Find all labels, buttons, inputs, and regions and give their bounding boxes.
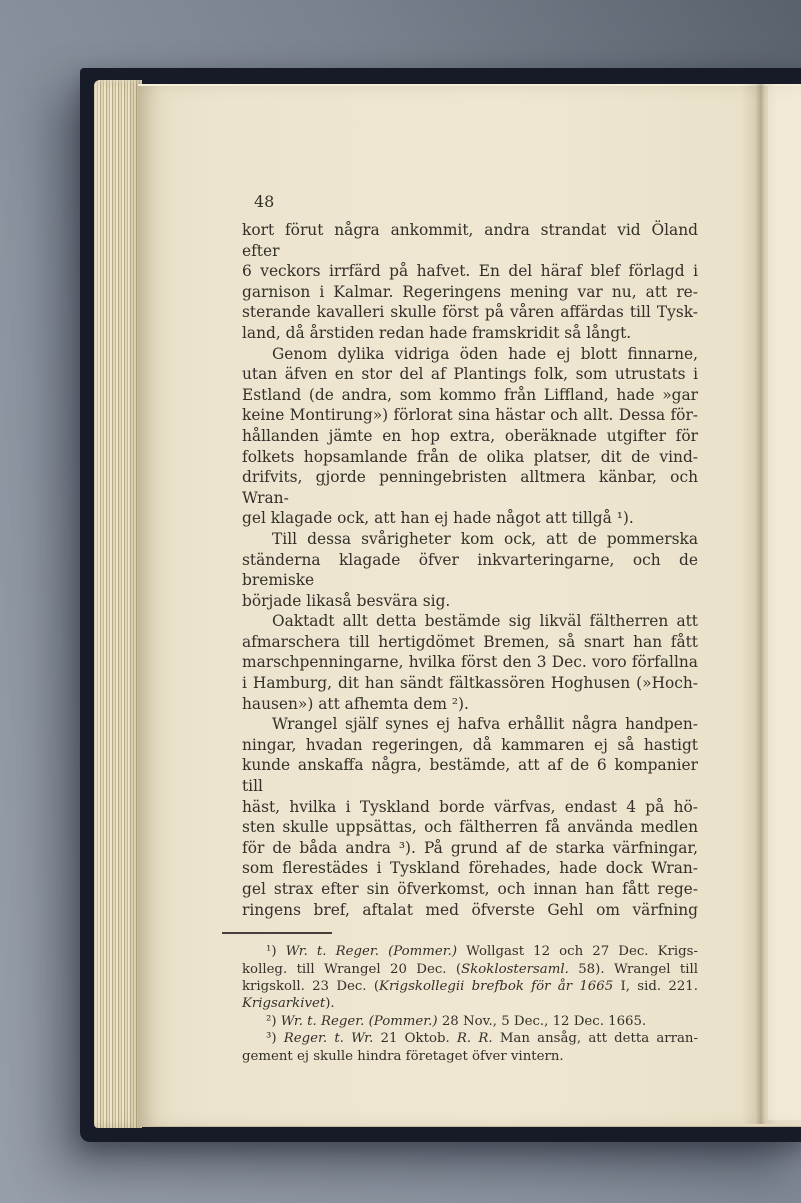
text-line: häst, hvilka i Tyskland borde värfvas, e…: [242, 797, 698, 818]
text-line: i Hamburg, dit han sändt fältkassören Ho…: [242, 673, 698, 694]
text-line: kolleg. till Wrangel 20 Dec. (Skokloster…: [242, 961, 698, 978]
text-line: drifvits, gjorde penningebristen alltmer…: [242, 467, 698, 508]
text-line: marschpenningarne, hvilka först den 3 De…: [242, 652, 698, 673]
text-line: för de båda andra ³). På grund af de sta…: [242, 838, 698, 859]
paragraph: Wrangel själf synes ej hafva erhållit nå…: [242, 714, 698, 920]
text-line: Krigsarkivet).: [242, 995, 698, 1012]
page-edge-stack: [94, 80, 142, 1128]
text-line: land, då årstiden redan hade framskridit…: [242, 323, 698, 344]
text-line: sterande kavalleri skulle först på våren…: [242, 302, 698, 323]
page-number: 48: [242, 192, 698, 212]
paragraph: Oaktadt allt detta bestämde sig likväl f…: [242, 611, 698, 714]
text-line: Oaktadt allt detta bestämde sig likväl f…: [242, 611, 698, 632]
text-line: började likaså besvära sig.: [242, 591, 698, 612]
text-line: hausen») att afhemta dem ²).: [242, 694, 698, 715]
text-line: kort förut några ankommit, andra stranda…: [242, 220, 698, 261]
text-line: hållanden jämte en hop extra, oberäknade…: [242, 426, 698, 447]
text-line: Genom dylika vidriga öden hade ej blott …: [242, 344, 698, 365]
text-block: 48 kort förut några ankommit, andra stra…: [242, 192, 698, 1065]
text-line: ³) Reger. t. Wr. 21 Oktob. R. R. Man ans…: [242, 1030, 698, 1047]
text-line: ¹) Wr. t. Reger. (Pommer.) Wollgast 12 o…: [242, 943, 698, 960]
paragraph: Till dessa svårigheter kom ock, att de p…: [242, 529, 698, 611]
text-line: gel klagade ock, att han ej hade något a…: [242, 508, 698, 529]
text-line: Till dessa svårigheter kom ock, att de p…: [242, 529, 698, 550]
facing-page-strip: [768, 86, 801, 1120]
text-line: 6 veckors irrfärd på hafvet. En del hära…: [242, 261, 698, 282]
footnote: ¹) Wr. t. Reger. (Pommer.) Wollgast 12 o…: [242, 943, 698, 1013]
photo-scene: 48 kort förut några ankommit, andra stra…: [0, 0, 801, 1203]
text-line: ²) Wr. t. Reger. (Pommer.) 28 Nov., 5 De…: [242, 1013, 698, 1030]
text-line: som flerestädes i Tyskland förehades, ha…: [242, 858, 698, 879]
footnote-separator: [222, 932, 332, 934]
text-line: keine Montirung») förlorat sina hästar o…: [242, 405, 698, 426]
text-line: sten skulle uppsättas, och fältherren få…: [242, 817, 698, 838]
footnote: ³) Reger. t. Wr. 21 Oktob. R. R. Man ans…: [242, 1030, 698, 1065]
footnote: ²) Wr. t. Reger. (Pommer.) 28 Nov., 5 De…: [242, 1013, 698, 1030]
text-line: krigskoll. 23 Dec. (Krigskollegii brefbo…: [242, 978, 698, 995]
body-paragraphs: kort förut några ankommit, andra stranda…: [242, 220, 698, 920]
text-line: Estland (de andra, som kommo från Liffla…: [242, 385, 698, 406]
text-line: folkets hopsamlande från de olika platse…: [242, 447, 698, 468]
text-line: ringens bref, aftalat med öfverste Gehl …: [242, 900, 698, 921]
text-line: ständerna klagade öfver inkvarteringarne…: [242, 550, 698, 591]
footnotes: ¹) Wr. t. Reger. (Pommer.) Wollgast 12 o…: [242, 943, 698, 1065]
paragraph: kort förut några ankommit, andra stranda…: [242, 220, 698, 344]
text-line: afmarschera till hertigdömet Bremen, så …: [242, 632, 698, 653]
text-line: Wrangel själf synes ej hafva erhållit nå…: [242, 714, 698, 735]
text-line: ningar, hvadan regeringen, då kammaren e…: [242, 735, 698, 756]
text-line: kunde anskaffa några, bestämde, att af d…: [242, 755, 698, 796]
text-line: utan äfven en stor del af Plantings folk…: [242, 364, 698, 385]
text-line: gel strax efter sin öfverkomst, och inna…: [242, 879, 698, 900]
text-line: garnison i Kalmar. Regeringens mening va…: [242, 282, 698, 303]
paragraph: Genom dylika vidriga öden hade ej blott …: [242, 344, 698, 529]
text-line: gement ej skulle hindra företaget öfver …: [242, 1048, 698, 1065]
